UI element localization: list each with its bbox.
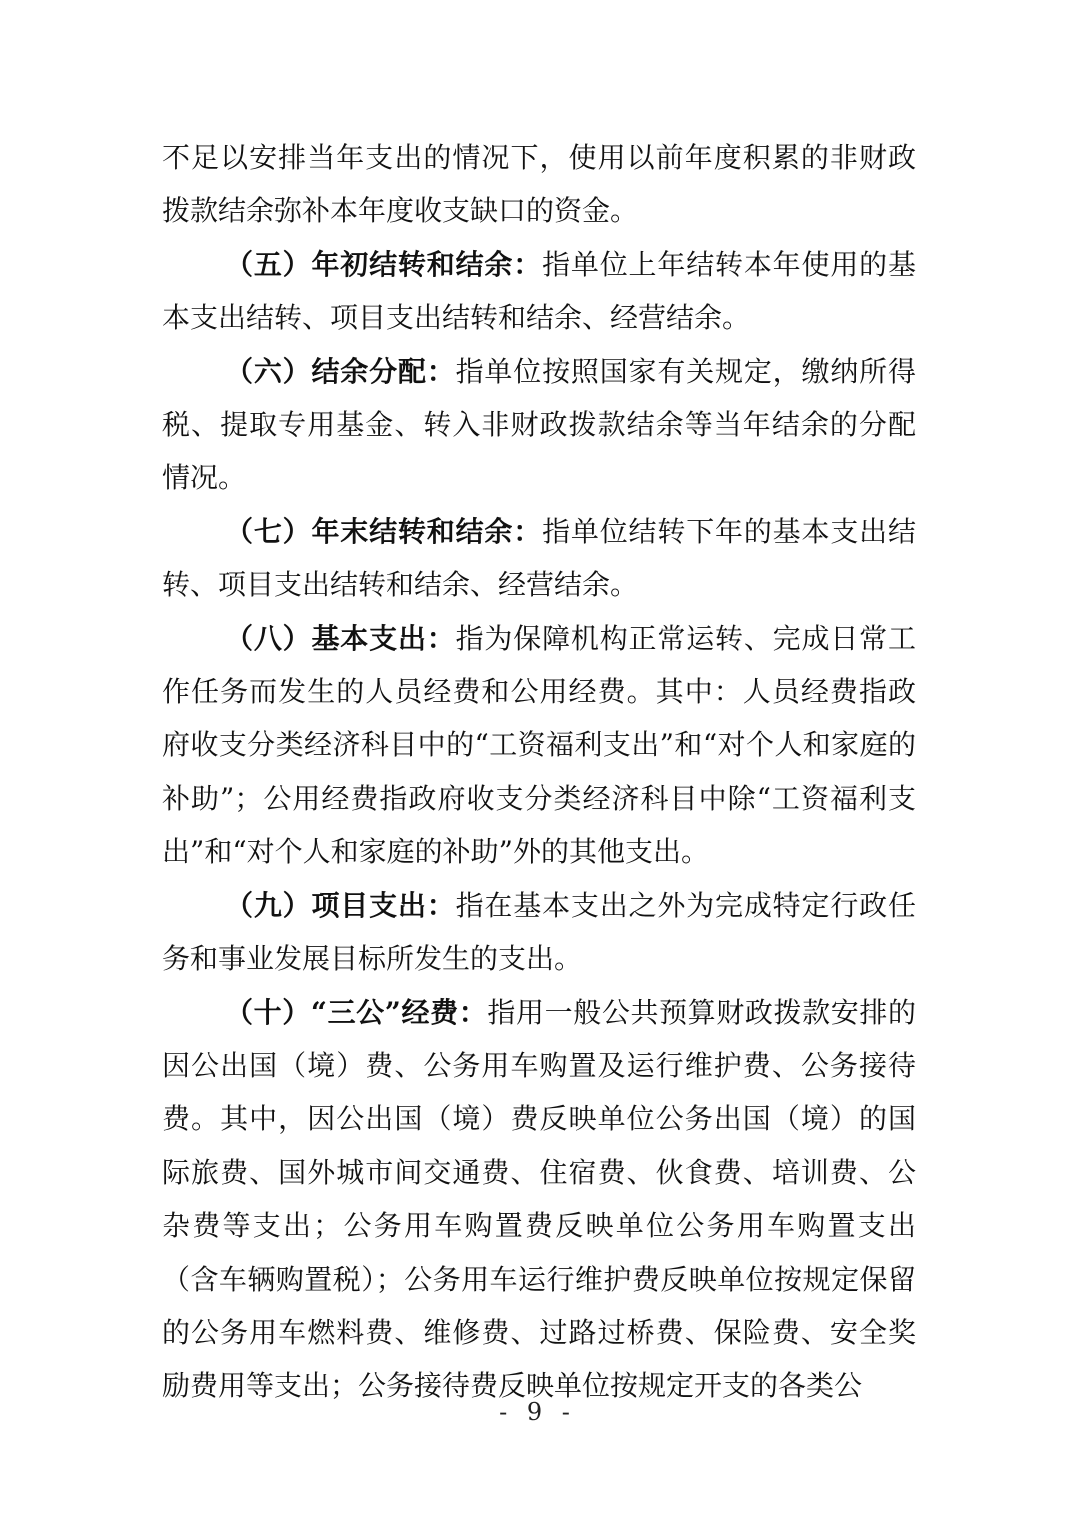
paragraph-text: 不足以安排当年支出的情况下，使用以前年度积累的非财政拨款结余弥补本年度收支缺口的… (162, 141, 916, 227)
section-label: （七）年末结转和结余： (225, 515, 542, 548)
paragraph-section-5: （五）年初结转和结余：指单位上年结转本年使用的基本支出结转、项目支出结转和结余、… (162, 238, 916, 345)
paragraph-text: 指用一般公共预算财政拨款安排的因公出国（境）费、公务用车购置及运行维护费、公务接… (162, 996, 916, 1403)
paragraph-section-9: （九）项目支出：指在基本支出之外为完成特定行政任务和事业发展目标所发生的支出。 (162, 879, 916, 986)
document-body: 不足以安排当年支出的情况下，使用以前年度积累的非财政拨款结余弥补本年度收支缺口的… (162, 131, 916, 1413)
section-label: （十）“三公”经费： (225, 996, 487, 1029)
paragraph-section-10: （十）“三公”经费：指用一般公共预算财政拨款安排的因公出国（境）费、公务用车购置… (162, 986, 916, 1413)
paragraph-continuation: 不足以安排当年支出的情况下，使用以前年度积累的非财政拨款结余弥补本年度收支缺口的… (162, 131, 916, 238)
page-number: - 9 - (0, 1398, 1075, 1426)
section-label: （六）结余分配： (225, 355, 456, 388)
paragraph-section-8: （八）基本支出：指为保障机构正常运转、完成日常工作任务而发生的人员经费和公用经费… (162, 612, 916, 879)
section-label: （八）基本支出： (225, 622, 456, 655)
section-label: （五）年初结转和结余： (225, 248, 542, 281)
section-label: （九）项目支出： (225, 889, 456, 922)
document-page: 不足以安排当年支出的情况下，使用以前年度积累的非财政拨款结余弥补本年度收支缺口的… (0, 0, 1075, 1520)
paragraph-section-7: （七）年末结转和结余：指单位结转下年的基本支出结转、项目支出结转和结余、经营结余… (162, 505, 916, 612)
paragraph-section-6: （六）结余分配：指单位按照国家有关规定，缴纳所得税、提取专用基金、转入非财政拨款… (162, 345, 916, 505)
paragraph-text: 指为保障机构正常运转、完成日常工作任务而发生的人员经费和公用经费。其中：人员经费… (162, 622, 916, 869)
